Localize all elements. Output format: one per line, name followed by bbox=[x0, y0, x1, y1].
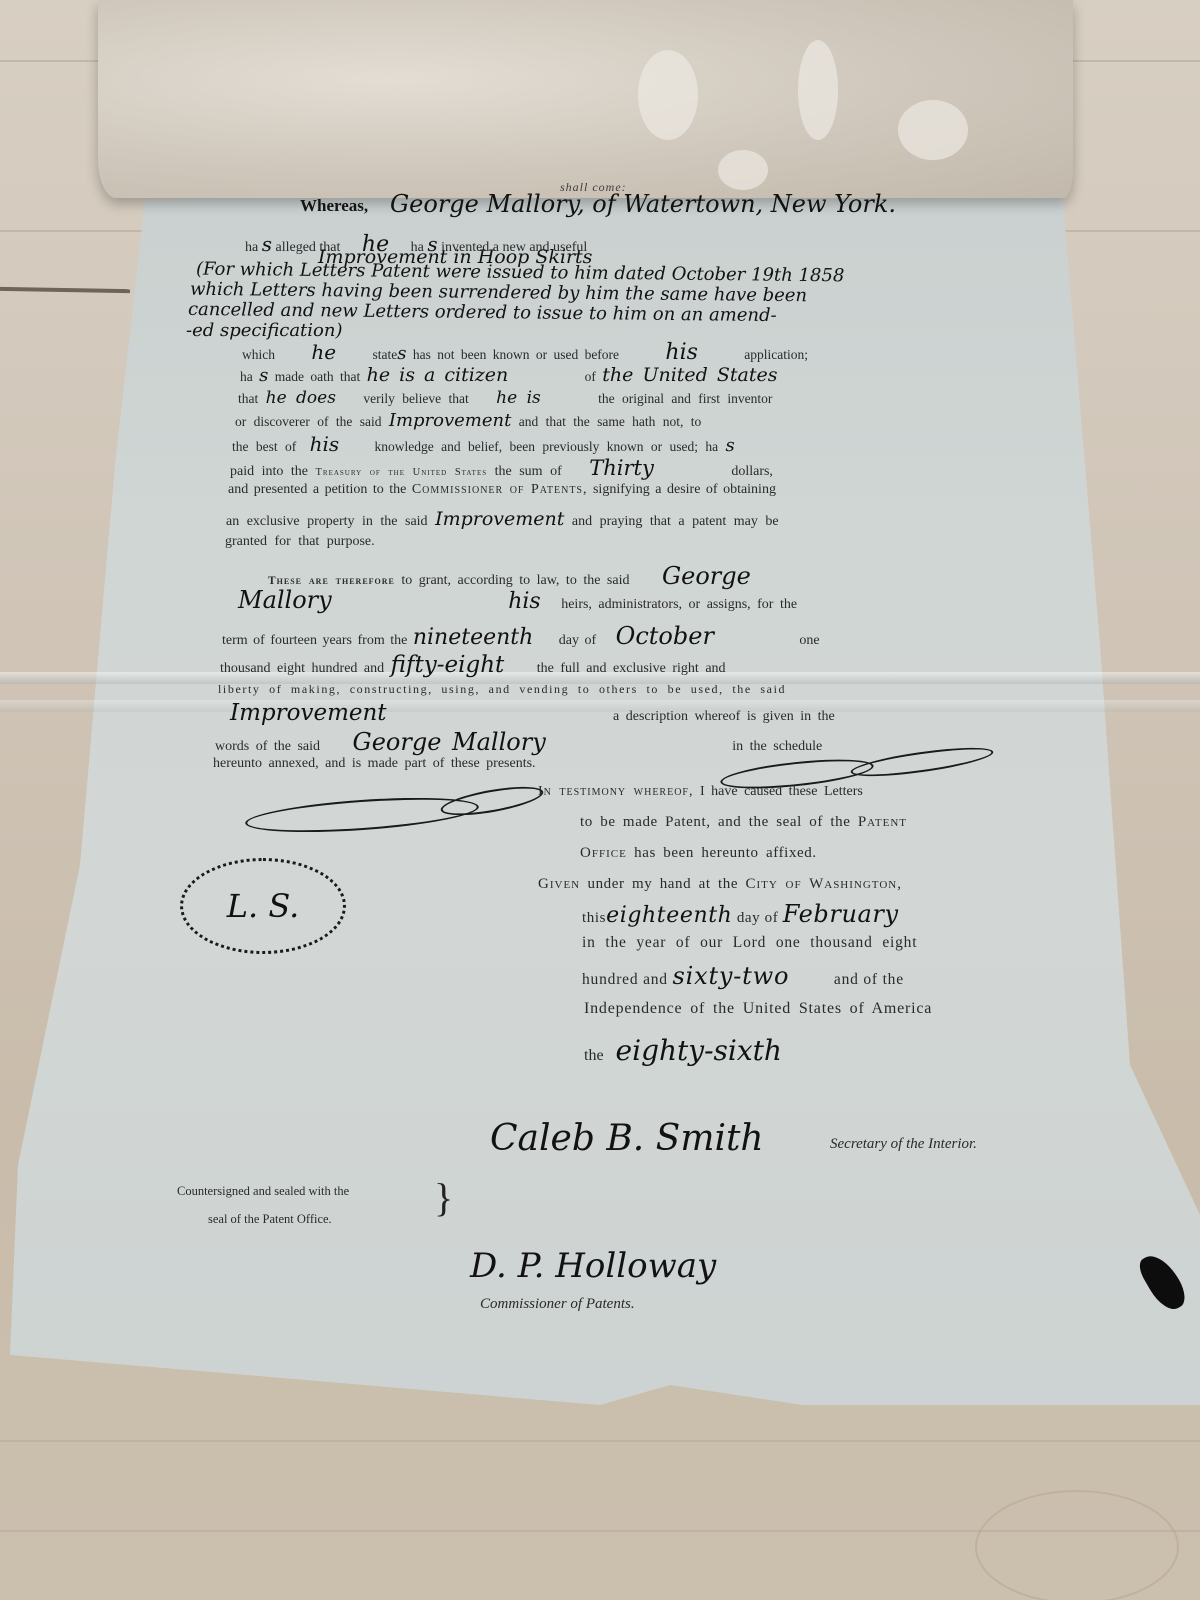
reissue-note-line: -ed specification) bbox=[186, 320, 343, 341]
body-line-5: the best of his knowledge and belief, be… bbox=[232, 432, 735, 456]
whereas-label: Whereas, bbox=[300, 196, 368, 216]
body-line-4: or discoverer of the said Improvement an… bbox=[235, 410, 701, 431]
body-line-7: and presented a petition to the Commissi… bbox=[228, 482, 776, 498]
table-crack bbox=[0, 287, 130, 293]
print-text: ha bbox=[245, 240, 258, 255]
testimony-line-2: to be made Patent, and the seal of the P… bbox=[580, 814, 907, 831]
testimony-line-8: Independence of the United States of Ame… bbox=[584, 1000, 932, 1018]
grant-line-3: term of fourteen years from the nineteen… bbox=[222, 622, 820, 650]
grant-line-7: words of the said George Mallory in the … bbox=[215, 728, 822, 756]
body-line-6: paid into the Treasury of the United Sta… bbox=[230, 456, 773, 480]
body-line-3: that he does verily believe that he is t… bbox=[238, 388, 772, 408]
wood-grain bbox=[0, 1440, 1200, 1442]
body-line-1: which he states has not been known or us… bbox=[242, 340, 808, 365]
countersign-line-1: Countersigned and sealed with the bbox=[177, 1184, 349, 1199]
grant-line-8: hereunto annexed, and is made part of th… bbox=[213, 756, 536, 772]
grant-line-6: Improvement a description whereof is giv… bbox=[230, 700, 835, 726]
grantee-line: George Mallory, of Watertown, New York. bbox=[390, 190, 896, 218]
countersign-line-2: seal of the Patent Office. bbox=[208, 1212, 332, 1227]
testimony-line-4: Given under my hand at the City of Washi… bbox=[538, 876, 902, 893]
secretary-signature: Caleb B. Smith bbox=[490, 1118, 764, 1159]
rolled-paper-top bbox=[98, 0, 1073, 198]
testimony-line-9: the eighty-sixth bbox=[584, 1034, 782, 1067]
ls-seal: L. S. bbox=[180, 858, 346, 954]
grant-line-4: thousand eight hundred and fifty-eight t… bbox=[220, 652, 726, 678]
testimony-line-5: thiseighteenth day of February bbox=[582, 900, 899, 928]
body-line-8: an exclusive property in the said Improv… bbox=[226, 508, 779, 530]
testimony-line-6: in the year of our Lord one thousand eig… bbox=[582, 934, 917, 952]
testimony-line-7: hundred and sixty-two and of the bbox=[582, 962, 904, 990]
handwritten-fill: s bbox=[262, 232, 272, 256]
body-line-9: granted for that purpose. bbox=[225, 534, 375, 550]
commissioner-title: Commissioner of Patents. bbox=[480, 1296, 635, 1313]
secretary-title: Secretary of the Interior. bbox=[830, 1136, 977, 1153]
testimony-line-3: Office has been hereunto affixed. bbox=[580, 845, 817, 862]
body-line-2: ha s made oath that he is a citizen of t… bbox=[240, 364, 777, 386]
grant-line-5: liberty of making, constructing, using, … bbox=[218, 682, 786, 697]
commissioner-signature: D. P. Holloway bbox=[470, 1246, 716, 1286]
wood-knot bbox=[975, 1490, 1179, 1600]
testimony-line-1: In testimony whereof, I have caused thes… bbox=[538, 784, 863, 800]
grant-line-2: Mallory his heirs, administrators, or as… bbox=[238, 586, 797, 614]
brace-icon: } bbox=[434, 1174, 453, 1221]
